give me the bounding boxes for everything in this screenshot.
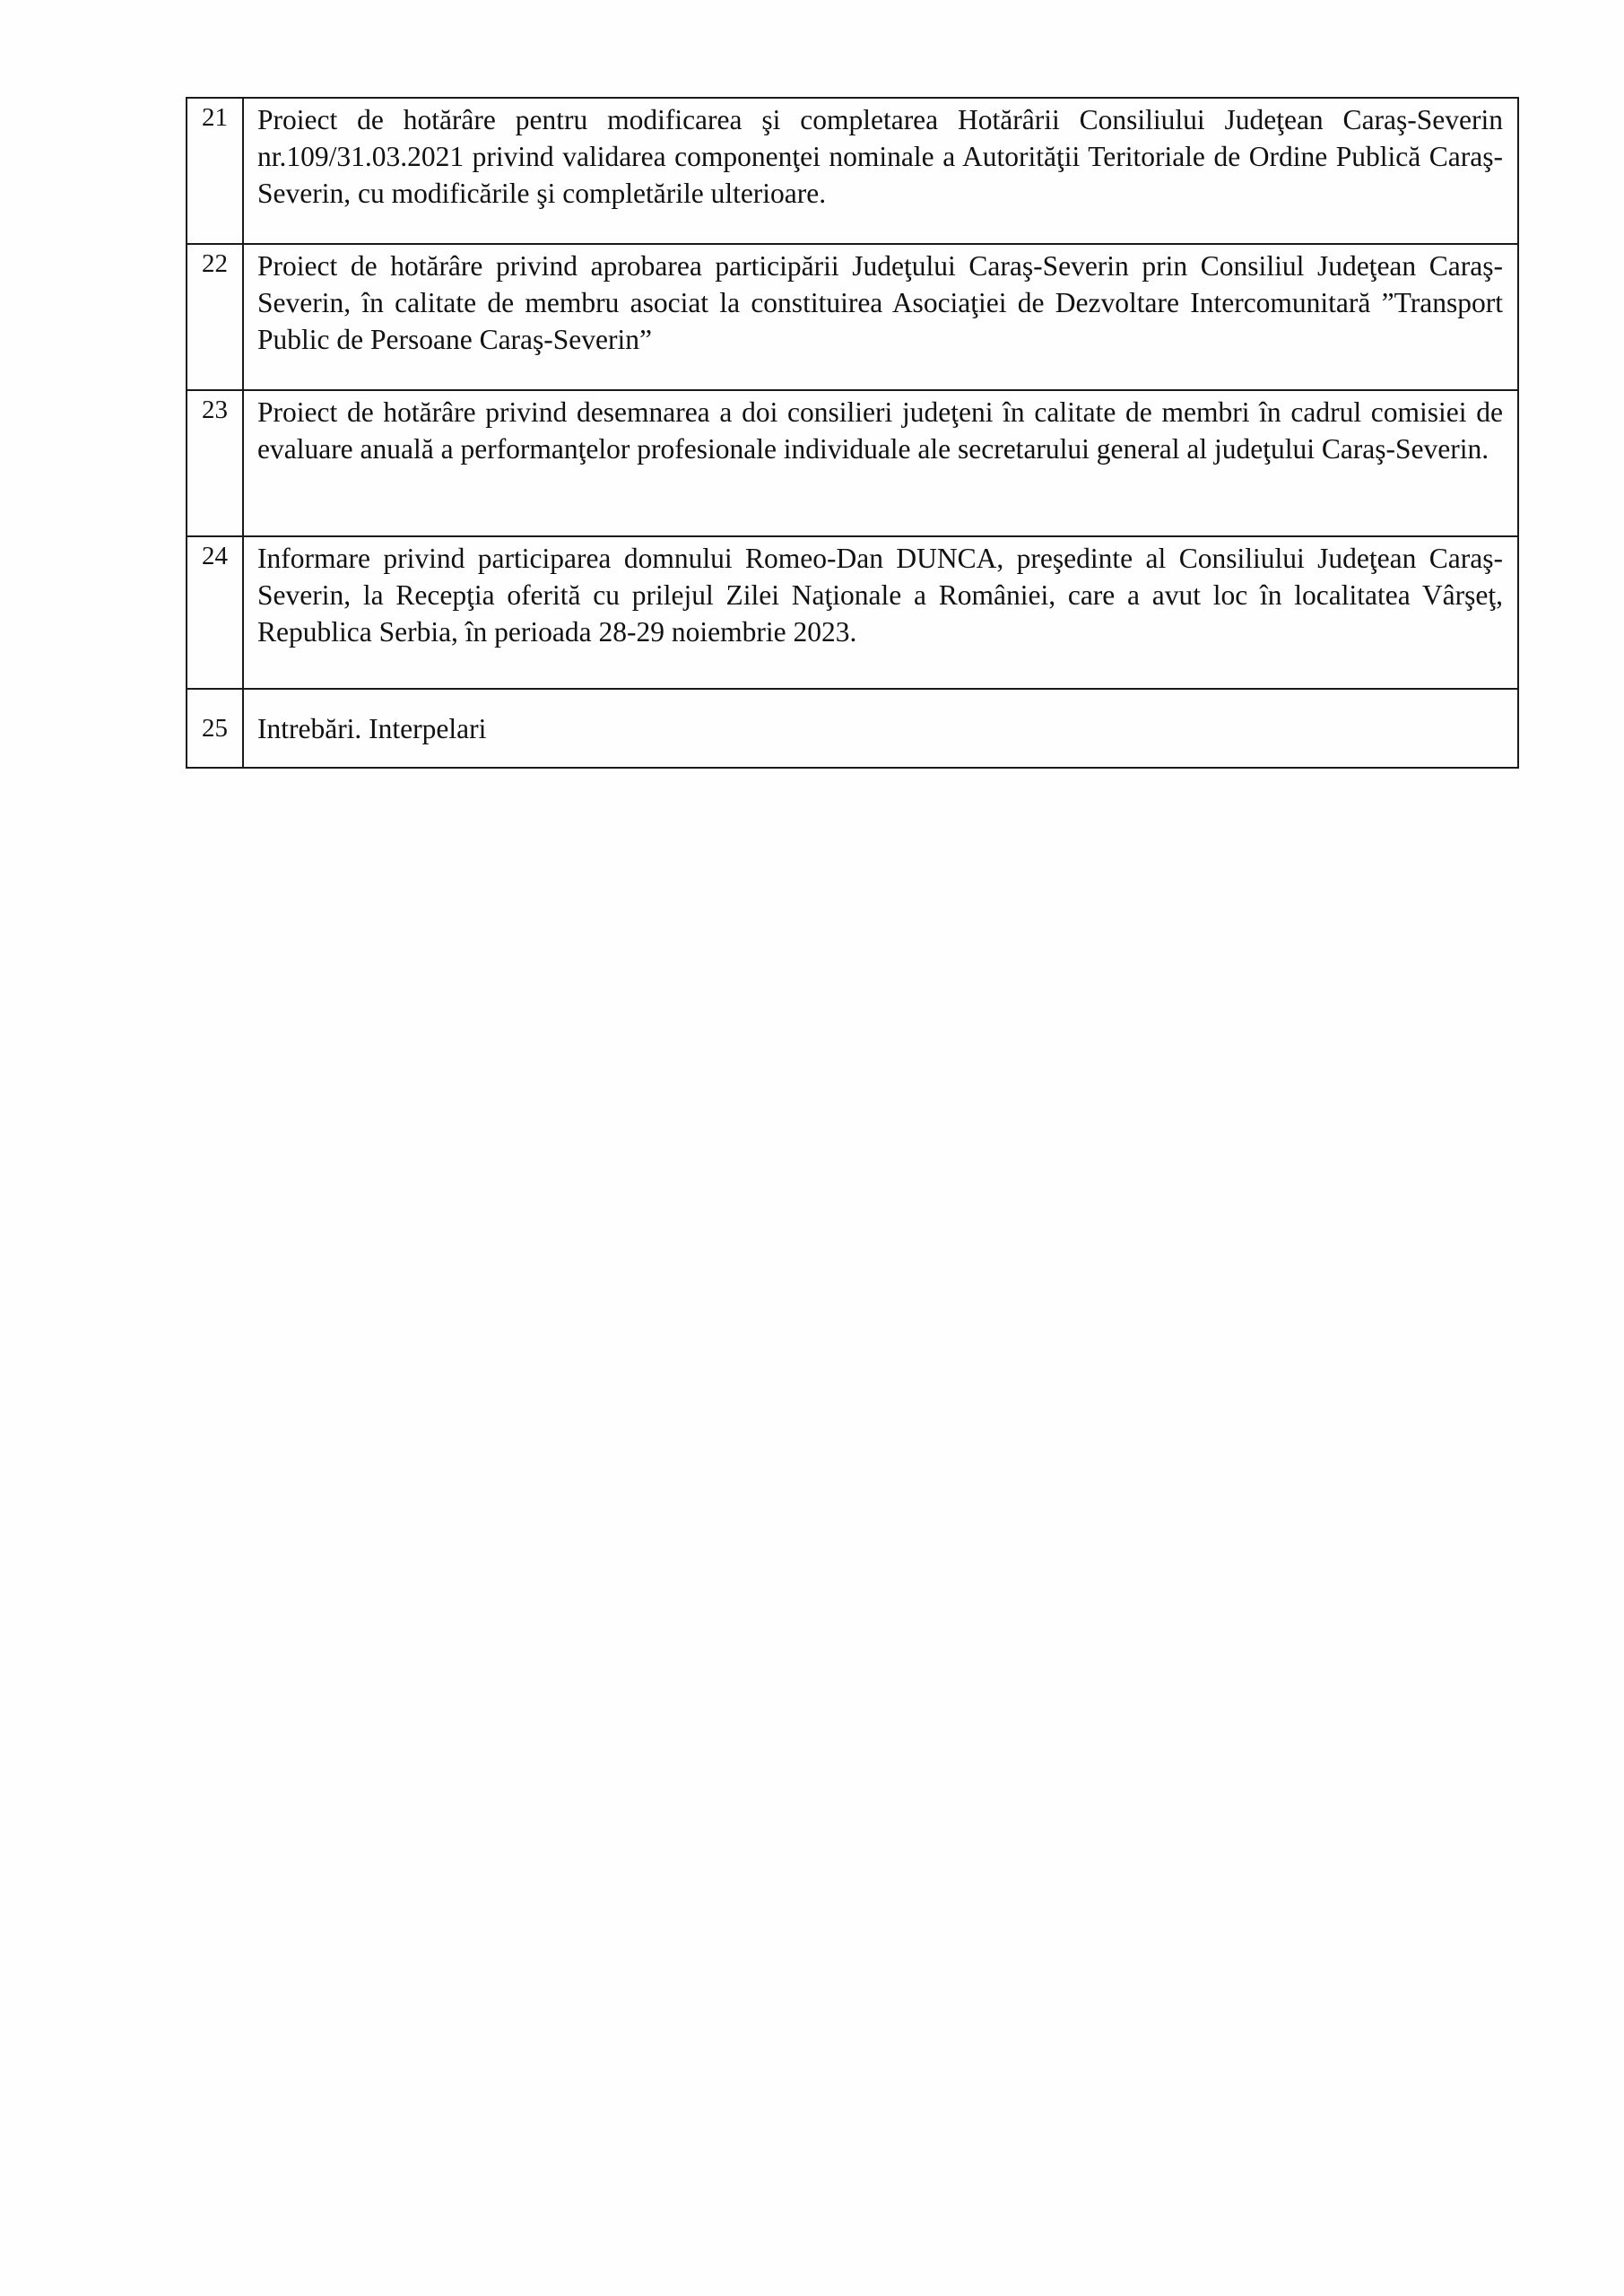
item-text-content: Informare privind participarea domnului … bbox=[257, 540, 1503, 650]
item-text: Intrebări. Interpelari bbox=[243, 689, 1518, 768]
item-number: 25 bbox=[187, 689, 243, 768]
table-row: 24 Informare privind participarea domnul… bbox=[187, 536, 1518, 689]
item-text-content: Proiect de hotărâre pentru modificarea ş… bbox=[257, 101, 1503, 212]
item-text-content: Intrebări. Interpelari bbox=[257, 710, 1503, 747]
item-number: 22 bbox=[187, 244, 243, 390]
table-row: 25 Intrebări. Interpelari bbox=[187, 689, 1518, 768]
table-row: 21 Proiect de hotărâre pentru modificare… bbox=[187, 98, 1518, 244]
item-number: 23 bbox=[187, 390, 243, 536]
item-text-content: Proiect de hotărâre privind desemnarea a… bbox=[257, 394, 1503, 467]
item-text: Proiect de hotărâre privind desemnarea a… bbox=[243, 390, 1518, 536]
item-text: Proiect de hotărâre pentru modificarea ş… bbox=[243, 98, 1518, 244]
item-text: Informare privind participarea domnului … bbox=[243, 536, 1518, 689]
table-row: 22 Proiect de hotărâre privind aprobarea… bbox=[187, 244, 1518, 390]
item-number: 21 bbox=[187, 98, 243, 244]
item-number: 24 bbox=[187, 536, 243, 689]
item-text: Proiect de hotărâre privind aprobarea pa… bbox=[243, 244, 1518, 390]
item-text-content: Proiect de hotărâre privind aprobarea pa… bbox=[257, 248, 1503, 358]
agenda-table: 21 Proiect de hotărâre pentru modificare… bbox=[186, 97, 1519, 769]
table-row: 23 Proiect de hotărâre privind desemnare… bbox=[187, 390, 1518, 536]
